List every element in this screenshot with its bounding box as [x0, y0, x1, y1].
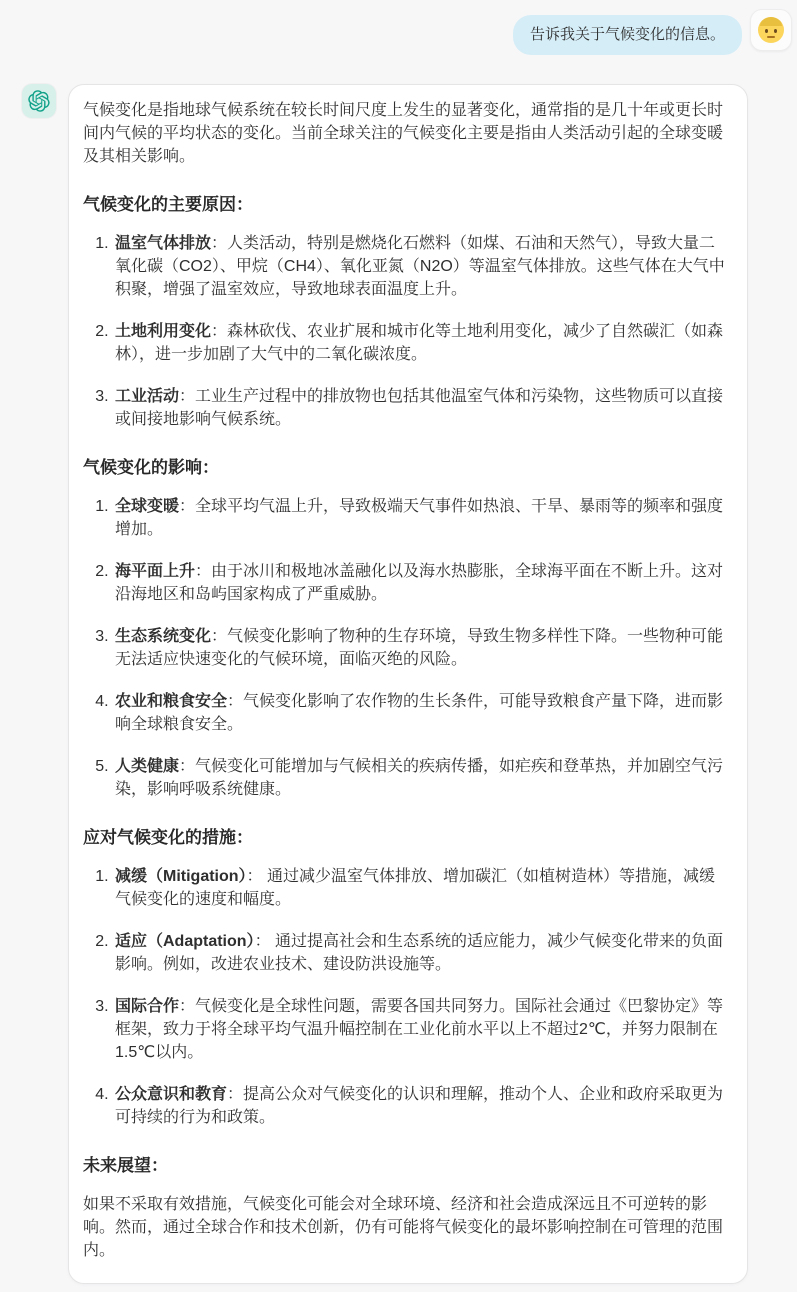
- list-item: 减缓（Mitigation）： 通过减少温室气体排放、增加碳汇（如植树造林）等措…: [113, 865, 726, 911]
- item-label: 海平面上升: [115, 563, 195, 580]
- assistant-message-row: 气候变化是指地球气候系统在较长时间尺度上发生的显著变化，通常指的是几十年或更长时…: [0, 84, 797, 1284]
- impacts-list: 全球变暖：全球平均气温上升，导致极端天气事件如热浪、干旱、暴雨等的频率和强度增加…: [83, 495, 726, 801]
- assistant-avatar: [22, 84, 56, 118]
- blond-person-emoji-icon: [758, 17, 784, 43]
- item-text: ：气候变化是全球性问题，需要各国共同努力。国际社会通过《巴黎协定》等框架，致力于…: [115, 998, 723, 1061]
- emoji-hair: [760, 17, 782, 26]
- list-item: 人类健康：气候变化可能增加与气候相关的疾病传播，如疟疾和登革热，并加剧空气污染，…: [113, 755, 726, 801]
- item-label: 农业和粮食安全: [115, 693, 227, 710]
- list-item: 公众意识和教育：提高公众对气候变化的认识和理解，推动个人、企业和政府采取更为可持…: [113, 1083, 726, 1129]
- list-item: 工业活动：工业生产过程中的排放物也包括其他温室气体和污染物，这些物质可以直接或间…: [113, 385, 726, 431]
- assistant-outro-paragraph: 如果不采取有效措施，气候变化可能会对全球环境、经济和社会造成深远且不可逆转的影响…: [83, 1193, 726, 1262]
- user-avatar: [750, 9, 792, 51]
- item-label: 温室气体排放: [115, 235, 211, 252]
- item-label: 全球变暖: [115, 498, 179, 515]
- item-text: ：气候变化可能增加与气候相关的疾病传播，如疟疾和登革热，并加剧空气污染，影响呼吸…: [115, 758, 723, 798]
- list-item: 海平面上升：由于冰川和极地冰盖融化以及海水热膨胀，全球海平面在不断上升。这对沿海…: [113, 560, 726, 606]
- list-item: 国际合作：气候变化是全球性问题，需要各国共同努力。国际社会通过《巴黎协定》等框架…: [113, 995, 726, 1064]
- section-heading-impacts: 气候变化的影响：: [83, 456, 726, 480]
- item-label: 国际合作: [115, 998, 179, 1015]
- list-item: 温室气体排放：人类活动，特别是燃烧化石燃料（如煤、石油和天然气），导致大量二氧化…: [113, 232, 726, 301]
- user-message-row: 告诉我关于气候变化的信息。: [0, 0, 797, 55]
- item-text: ：由于冰川和极地冰盖融化以及海水热膨胀，全球海平面在不断上升。这对沿海地区和岛屿…: [115, 563, 723, 603]
- list-item: 全球变暖：全球平均气温上升，导致极端天气事件如热浪、干旱、暴雨等的频率和强度增加…: [113, 495, 726, 541]
- item-label: 工业活动: [115, 388, 179, 405]
- user-message-text: 告诉我关于气候变化的信息。: [530, 26, 725, 43]
- list-item: 适应（Adaptation）： 通过提高社会和生态系统的适应能力，减少气候变化带…: [113, 930, 726, 976]
- measures-list: 减缓（Mitigation）： 通过减少温室气体排放、增加碳汇（如植树造林）等措…: [83, 865, 726, 1129]
- list-item: 农业和粮食安全：气候变化影响了农作物的生长条件，可能导致粮食产量下降，进而影响全…: [113, 690, 726, 736]
- item-label: 减缓（Mitigation）: [115, 868, 247, 885]
- section-heading-outlook: 未来展望：: [83, 1154, 726, 1178]
- section-heading-causes: 气候变化的主要原因：: [83, 193, 726, 217]
- openai-logo-icon: [28, 90, 50, 112]
- item-label: 人类健康: [115, 758, 179, 775]
- list-item: 土地利用变化：森林砍伐、农业扩展和城市化等土地利用变化，减少了自然碳汇（如森林）…: [113, 320, 726, 366]
- emoji-eye: [765, 29, 768, 33]
- item-text: ：全球平均气温上升，导致极端天气事件如热浪、干旱、暴雨等的频率和强度增加。: [115, 498, 723, 538]
- list-item: 生态系统变化：气候变化影响了物种的生存环境，导致生物多样性下降。一些物种可能无法…: [113, 625, 726, 671]
- item-label: 土地利用变化: [115, 323, 211, 340]
- emoji-mouth: [767, 36, 775, 38]
- causes-list: 温室气体排放：人类活动，特别是燃烧化石燃料（如煤、石油和天然气），导致大量二氧化…: [83, 232, 726, 431]
- chat-page: 告诉我关于气候变化的信息。 气候变化是指地球气候系统在较长时间尺度上发生的显著变…: [0, 0, 797, 1284]
- item-label: 公众意识和教育: [115, 1086, 227, 1103]
- item-text: ：工业生产过程中的排放物也包括其他温室气体和污染物，这些物质可以直接或间接地影响…: [115, 388, 723, 428]
- assistant-message-card: 气候变化是指地球气候系统在较长时间尺度上发生的显著变化，通常指的是几十年或更长时…: [68, 84, 748, 1284]
- assistant-intro-paragraph: 气候变化是指地球气候系统在较长时间尺度上发生的显著变化，通常指的是几十年或更长时…: [83, 99, 726, 168]
- user-message-bubble: 告诉我关于气候变化的信息。: [513, 15, 742, 55]
- emoji-eye: [774, 29, 777, 33]
- item-label: 生态系统变化: [115, 628, 211, 645]
- section-heading-measures: 应对气候变化的措施：: [83, 826, 726, 850]
- item-label: 适应（Adaptation）: [115, 933, 255, 950]
